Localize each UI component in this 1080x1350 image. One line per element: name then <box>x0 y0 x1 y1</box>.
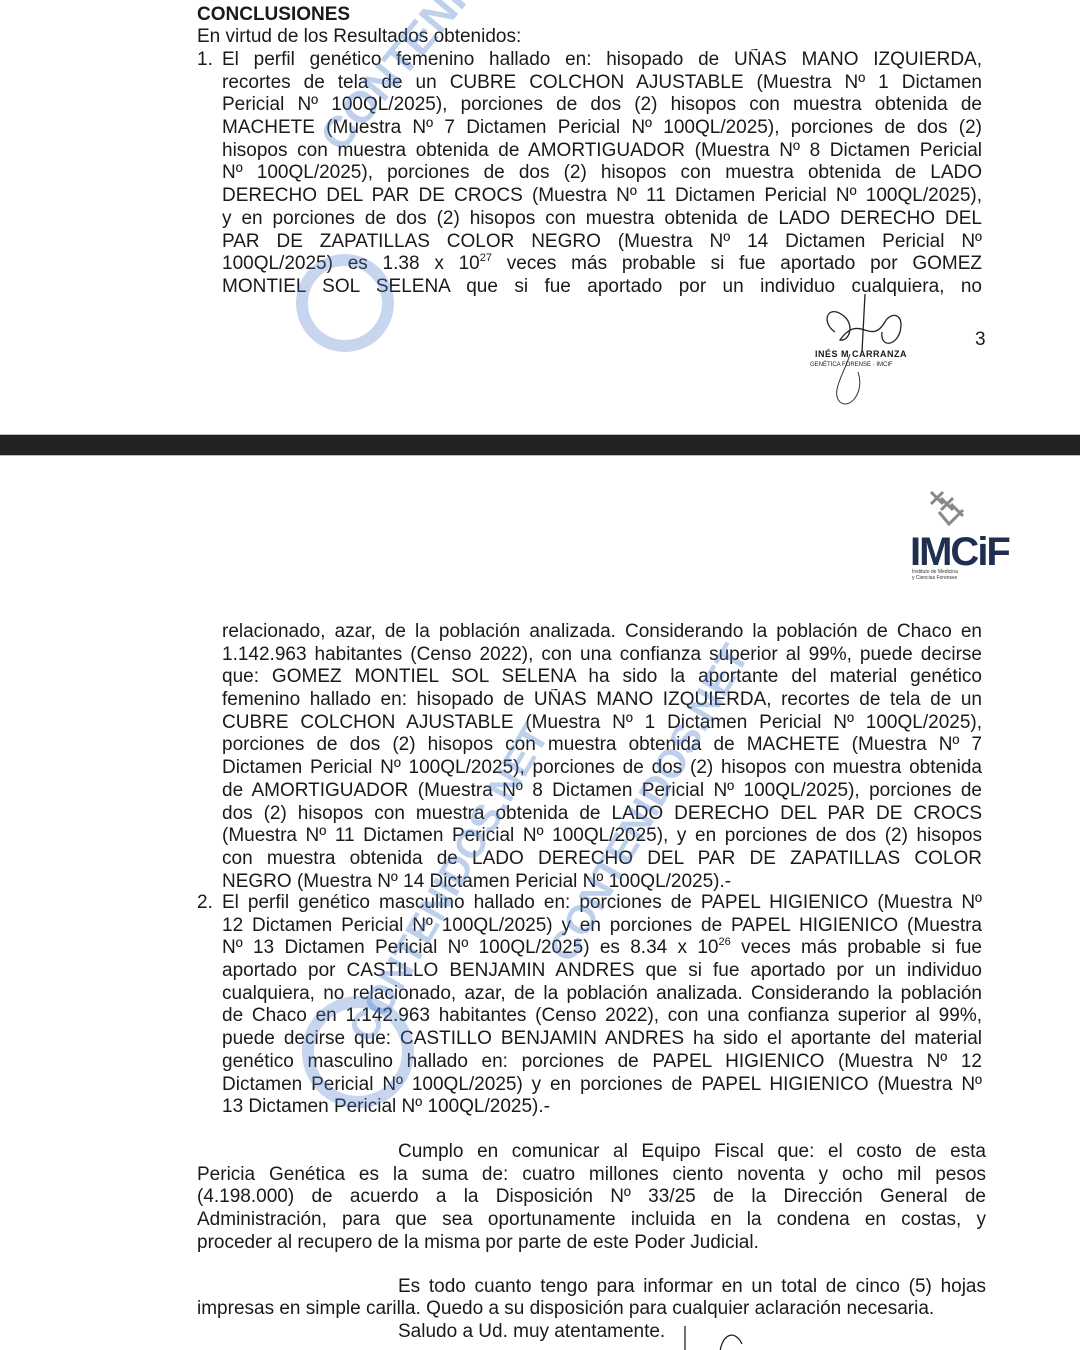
signature-stroke-icon <box>680 1324 750 1350</box>
signature-title: GENÉTICA FORENSE · IMCIF <box>810 362 893 368</box>
text-line: femenino hallado en: hisopado de UÑAS MA… <box>222 689 982 712</box>
text-line: DERECHO DEL PAR DE CROCS (Muestra Nº 11 … <box>222 185 982 208</box>
text-line: Pericial Nº 100QL/2025), porciones de do… <box>222 94 982 117</box>
text-line: (4.198.000) de acuerdo a la Disposición … <box>197 1186 986 1209</box>
text-line: que: GOMEZ MONTIEL SOL SELENA ha sido la… <box>222 666 982 689</box>
probability-suffix: veces más probable si fue aportado por G… <box>492 253 982 274</box>
text-line: Pericia Genética es la suma de: cuatro m… <box>197 1164 986 1187</box>
text-line: Administración, para que sea oportunamen… <box>197 1209 986 1232</box>
text-line: genético masculino hallado en: porciones… <box>222 1051 982 1074</box>
text-line: recortes de tela de un CUBRE COLCHON AJU… <box>222 72 982 95</box>
probability-prefix: Nº 13 Dictamen Pericial Nº 100QL/2025) e… <box>222 937 719 958</box>
conclusions-heading: CONCLUSIONES <box>197 4 350 27</box>
closing-line-2: impresas en simple carilla. Quedo a su d… <box>197 1298 934 1321</box>
text-line: CUBRE COLCHON AJUSTABLE (Muestra Nº 1 Di… <box>222 712 982 735</box>
text-line: NEGRO (Muestra Nº 14 Dictamen Pericial N… <box>222 871 982 894</box>
text-line: relacionado, azar, de la población anali… <box>222 621 982 644</box>
text-line: 100QL/2025) es 1.38 x 1027 veces más pro… <box>222 253 982 276</box>
conclusion-item-1-continued: relacionado, azar, de la población anali… <box>222 621 982 893</box>
text-line: proceder al recupero de la misma por par… <box>197 1232 986 1255</box>
text-line: Dictamen Pericial Nº 100QL/2025), porcio… <box>222 757 982 780</box>
document-page-3: CONCLUSIONES En virtud de los Resultados… <box>0 0 1080 433</box>
text-line: 12 Dictamen Pericial Nº 100QL/2025) y en… <box>222 915 982 938</box>
text-line: dos (2) hisopos con muestra obtenida de … <box>222 803 982 826</box>
text-line: (Muestra Nº 11 Dictamen Pericial Nº 100Q… <box>222 825 982 848</box>
conclusion-item-2: El perfil genético masculino hallado en:… <box>222 892 982 1119</box>
text-line: porciones de dos (2) hisopos con muestra… <box>222 734 982 757</box>
text-line: PAR DE ZAPATILLAS COLOR NEGRO (Muestra N… <box>222 231 982 254</box>
text-line: Nº 13 Dictamen Pericial Nº 100QL/2025) e… <box>222 937 982 960</box>
item-number-1: 1. <box>197 49 213 72</box>
probability-suffix: veces más probable si fue <box>731 937 982 958</box>
probability-prefix: 100QL/2025) es 1.38 x 10 <box>222 253 480 274</box>
text-line: y en porciones de dos (2) hisopos con mu… <box>222 208 982 231</box>
intro-text: En virtud de los Resultados obtenidos: <box>197 26 521 49</box>
text-line: de AMORTIGUADOR (Muestra Nº 8 Dictamen P… <box>222 780 982 803</box>
text-line: El perfil genético femenino hallado en: … <box>222 49 982 72</box>
page-separator <box>0 434 1080 456</box>
text-line: cualquiera, no relacionado, azar, de la … <box>222 983 982 1006</box>
conclusion-item-1: El perfil genético femenino hallado en: … <box>222 49 982 299</box>
cost-paragraph: Cumplo en comunicar al Equipo Fiscal que… <box>197 1141 986 1254</box>
probability-exponent: 26 <box>719 937 731 948</box>
text-line: Es todo cuanto tengo para informar en un… <box>398 1276 986 1299</box>
text-line: de Chaco en 1.142.963 habitantes (Censo … <box>222 1005 982 1028</box>
text-line: Cumplo en comunicar al Equipo Fiscal que… <box>197 1141 986 1164</box>
imcif-logo-icon <box>925 488 969 528</box>
closing-line-3: Saludo a Ud. muy atentamente. <box>398 1321 665 1344</box>
text-line: El perfil genético masculino hallado en:… <box>222 892 982 915</box>
text-line: MACHETE (Muestra Nº 7 Dictamen Pericial … <box>222 117 982 140</box>
closing-line-1: Es todo cuanto tengo para informar en un… <box>398 1276 986 1299</box>
signature-name: INÉS M CARRANZA <box>815 349 907 359</box>
imcif-logo-subtitle-2: y Ciencias Forenses <box>912 575 957 581</box>
text-line: con muestra obtenida de LADO DERECHO DEL… <box>222 848 982 871</box>
item-number-2: 2. <box>197 892 213 915</box>
page-number: 3 <box>975 329 986 351</box>
text-line: 1.142.963 habitantes (Censo 2022), con u… <box>222 644 982 667</box>
text-line: 13 Dictamen Pericial Nº 100QL/2025).- <box>222 1096 982 1119</box>
document-page-4: IMCiF Instituto de Medicina y Ciencias F… <box>0 456 1080 1350</box>
text-line: puede decirse que: CASTILLO BENJAMIN AND… <box>222 1028 982 1051</box>
text-line: aportado por CASTILLO BENJAMIN ANDRES qu… <box>222 960 982 983</box>
probability-exponent: 27 <box>480 253 492 264</box>
text-line: hisopos con muestra obtenida de AMORTIGU… <box>222 140 982 163</box>
text-line: Nº 100QL/2025), porciones de dos (2) his… <box>222 162 982 185</box>
text-line: Dictamen Pericial Nº 100QL/2025) y en po… <box>222 1074 982 1097</box>
